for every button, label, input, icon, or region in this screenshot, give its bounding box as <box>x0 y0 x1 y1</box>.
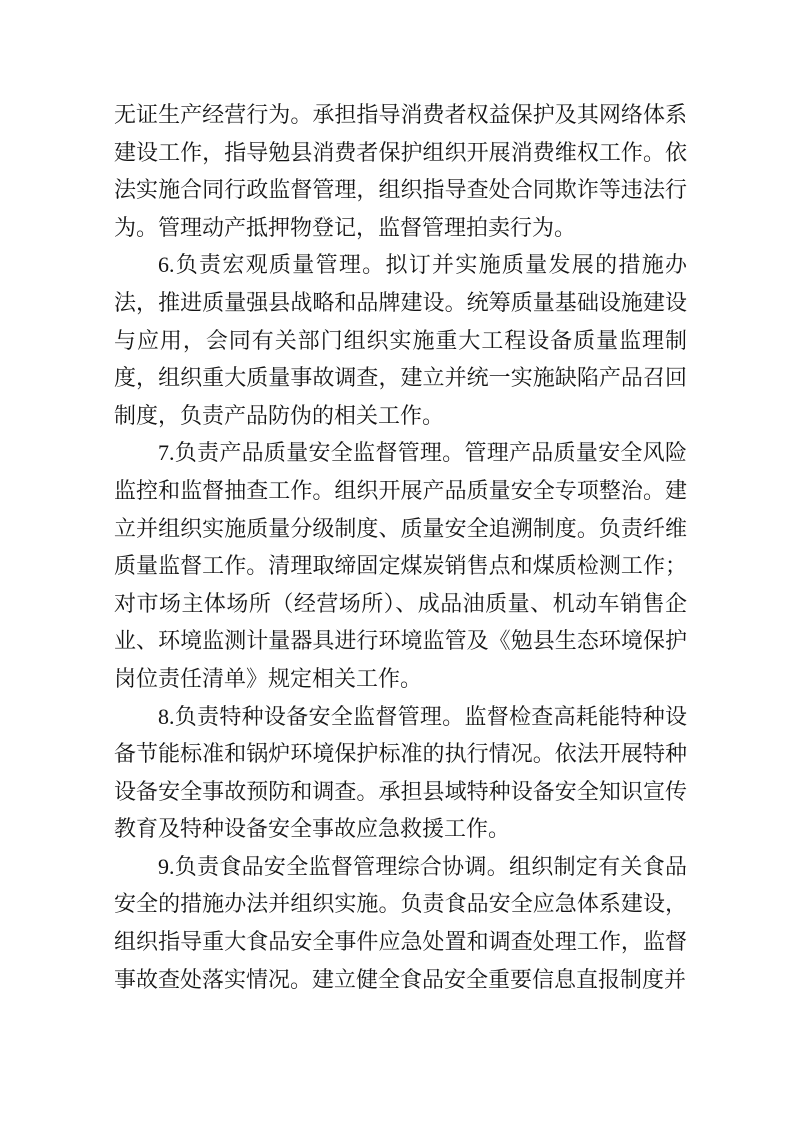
document-page: 无证生产经营行为。承担指导消费者权益保护及其网络体系建设工作，指导勉县消费者保护… <box>0 0 793 1122</box>
paragraph-duty-9: 9.负责食品安全监督管理综合协调。组织制定有关食品安全的措施办法并组织实施。负责… <box>114 848 687 998</box>
paragraph-duty-7: 7.负责产品质量安全监督管理。管理产品质量安全风险监控和监督抽查工作。组织开展产… <box>114 434 687 697</box>
paragraph-duty-6: 6.负责宏观质量管理。拟订并实施质量发展的措施办法，推进质量强县战略和品牌建设。… <box>114 246 687 434</box>
document-body: 无证生产经营行为。承担指导消费者权益保护及其网络体系建设工作，指导勉县消费者保护… <box>114 96 687 998</box>
paragraph-duty-8: 8.负责特种设备安全监督管理。监督检查高耗能特种设备节能标准和锅炉环境保护标准的… <box>114 698 687 848</box>
paragraph-continuation: 无证生产经营行为。承担指导消费者权益保护及其网络体系建设工作，指导勉县消费者保护… <box>114 96 687 246</box>
